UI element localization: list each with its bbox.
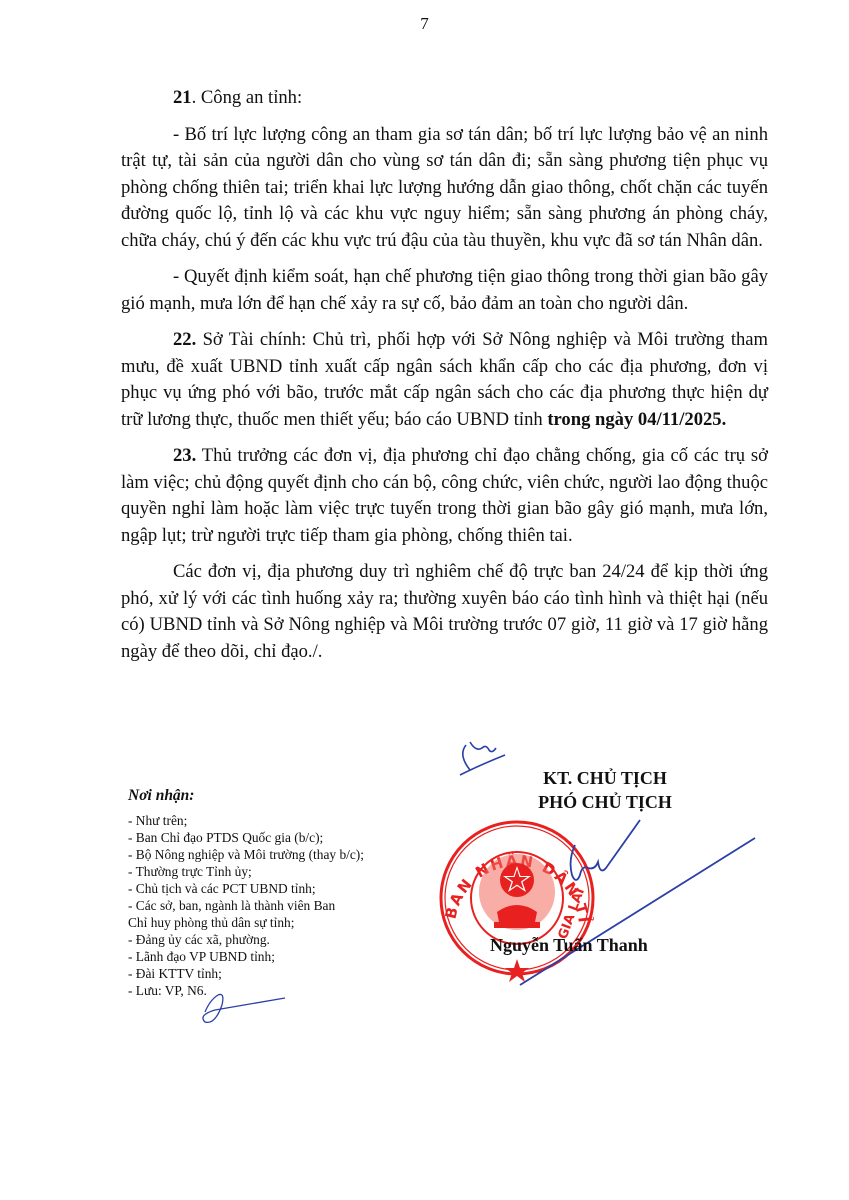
- closing-paragraph: Các đơn vị, địa phương duy trì nghiêm ch…: [121, 559, 768, 665]
- recipient-item: - Như trên;: [128, 812, 448, 829]
- recipient-item: - Lưu: VP, N6.: [128, 982, 448, 999]
- section-21-heading: 21. Công an tỉnh:: [121, 85, 768, 112]
- recipient-item: - Ban Chỉ đạo PTDS Quốc gia (b/c);: [128, 829, 448, 846]
- section-22: 22. Sở Tài chính: Chủ trì, phối hợp với …: [121, 327, 768, 433]
- document-body: 21. Công an tỉnh: - Bố trí lực lượng côn…: [121, 85, 768, 665]
- section-21-bullet-1: - Bố trí lực lượng công an tham gia sơ t…: [121, 122, 768, 255]
- seal-bottom-text: GIA LAI: [556, 886, 588, 941]
- deadline: trong ngày 04/11/2025.: [547, 409, 726, 430]
- signer-name: Nguyễn Tuấn Thanh: [490, 935, 648, 956]
- recipients-title: Nơi nhận:: [128, 787, 448, 804]
- section-21-bullet-2: - Quyết định kiểm soát, hạn chế phương t…: [121, 264, 768, 317]
- recipient-item: - Đài KTTV tỉnh;: [128, 965, 448, 982]
- signer-title-1: KT. CHỦ TỊCH: [470, 767, 740, 789]
- main-signature: [520, 820, 755, 985]
- recipient-item: - Đảng ủy các xã, phường.: [128, 931, 448, 948]
- emblem-icon: [479, 854, 555, 930]
- signer-title-2: PHÓ CHỦ TỊCH: [470, 791, 740, 813]
- recipient-item: Chỉ huy phòng thủ dân sự tỉnh;: [128, 914, 448, 931]
- recipient-item: - Thường trực Tỉnh ủy;: [128, 863, 448, 880]
- recipient-item: - Bộ Nông nghiệp và Môi trường (thay b/c…: [128, 846, 448, 863]
- recipient-item: - Các sở, ban, ngành là thành viên Ban: [128, 897, 448, 914]
- section-23: 23. Thủ trưởng các đơn vị, địa phương ch…: [121, 443, 768, 549]
- recipient-item: - Chủ tịch và các PCT UBND tỉnh;: [128, 880, 448, 897]
- seal-star-icon: [505, 959, 529, 982]
- page-number: 7: [0, 14, 849, 34]
- recipients-list: Nơi nhận: - Như trên; - Ban Chỉ đạo PTDS…: [128, 787, 448, 999]
- recipient-item: - Lãnh đạo VP UBND tỉnh;: [128, 948, 448, 965]
